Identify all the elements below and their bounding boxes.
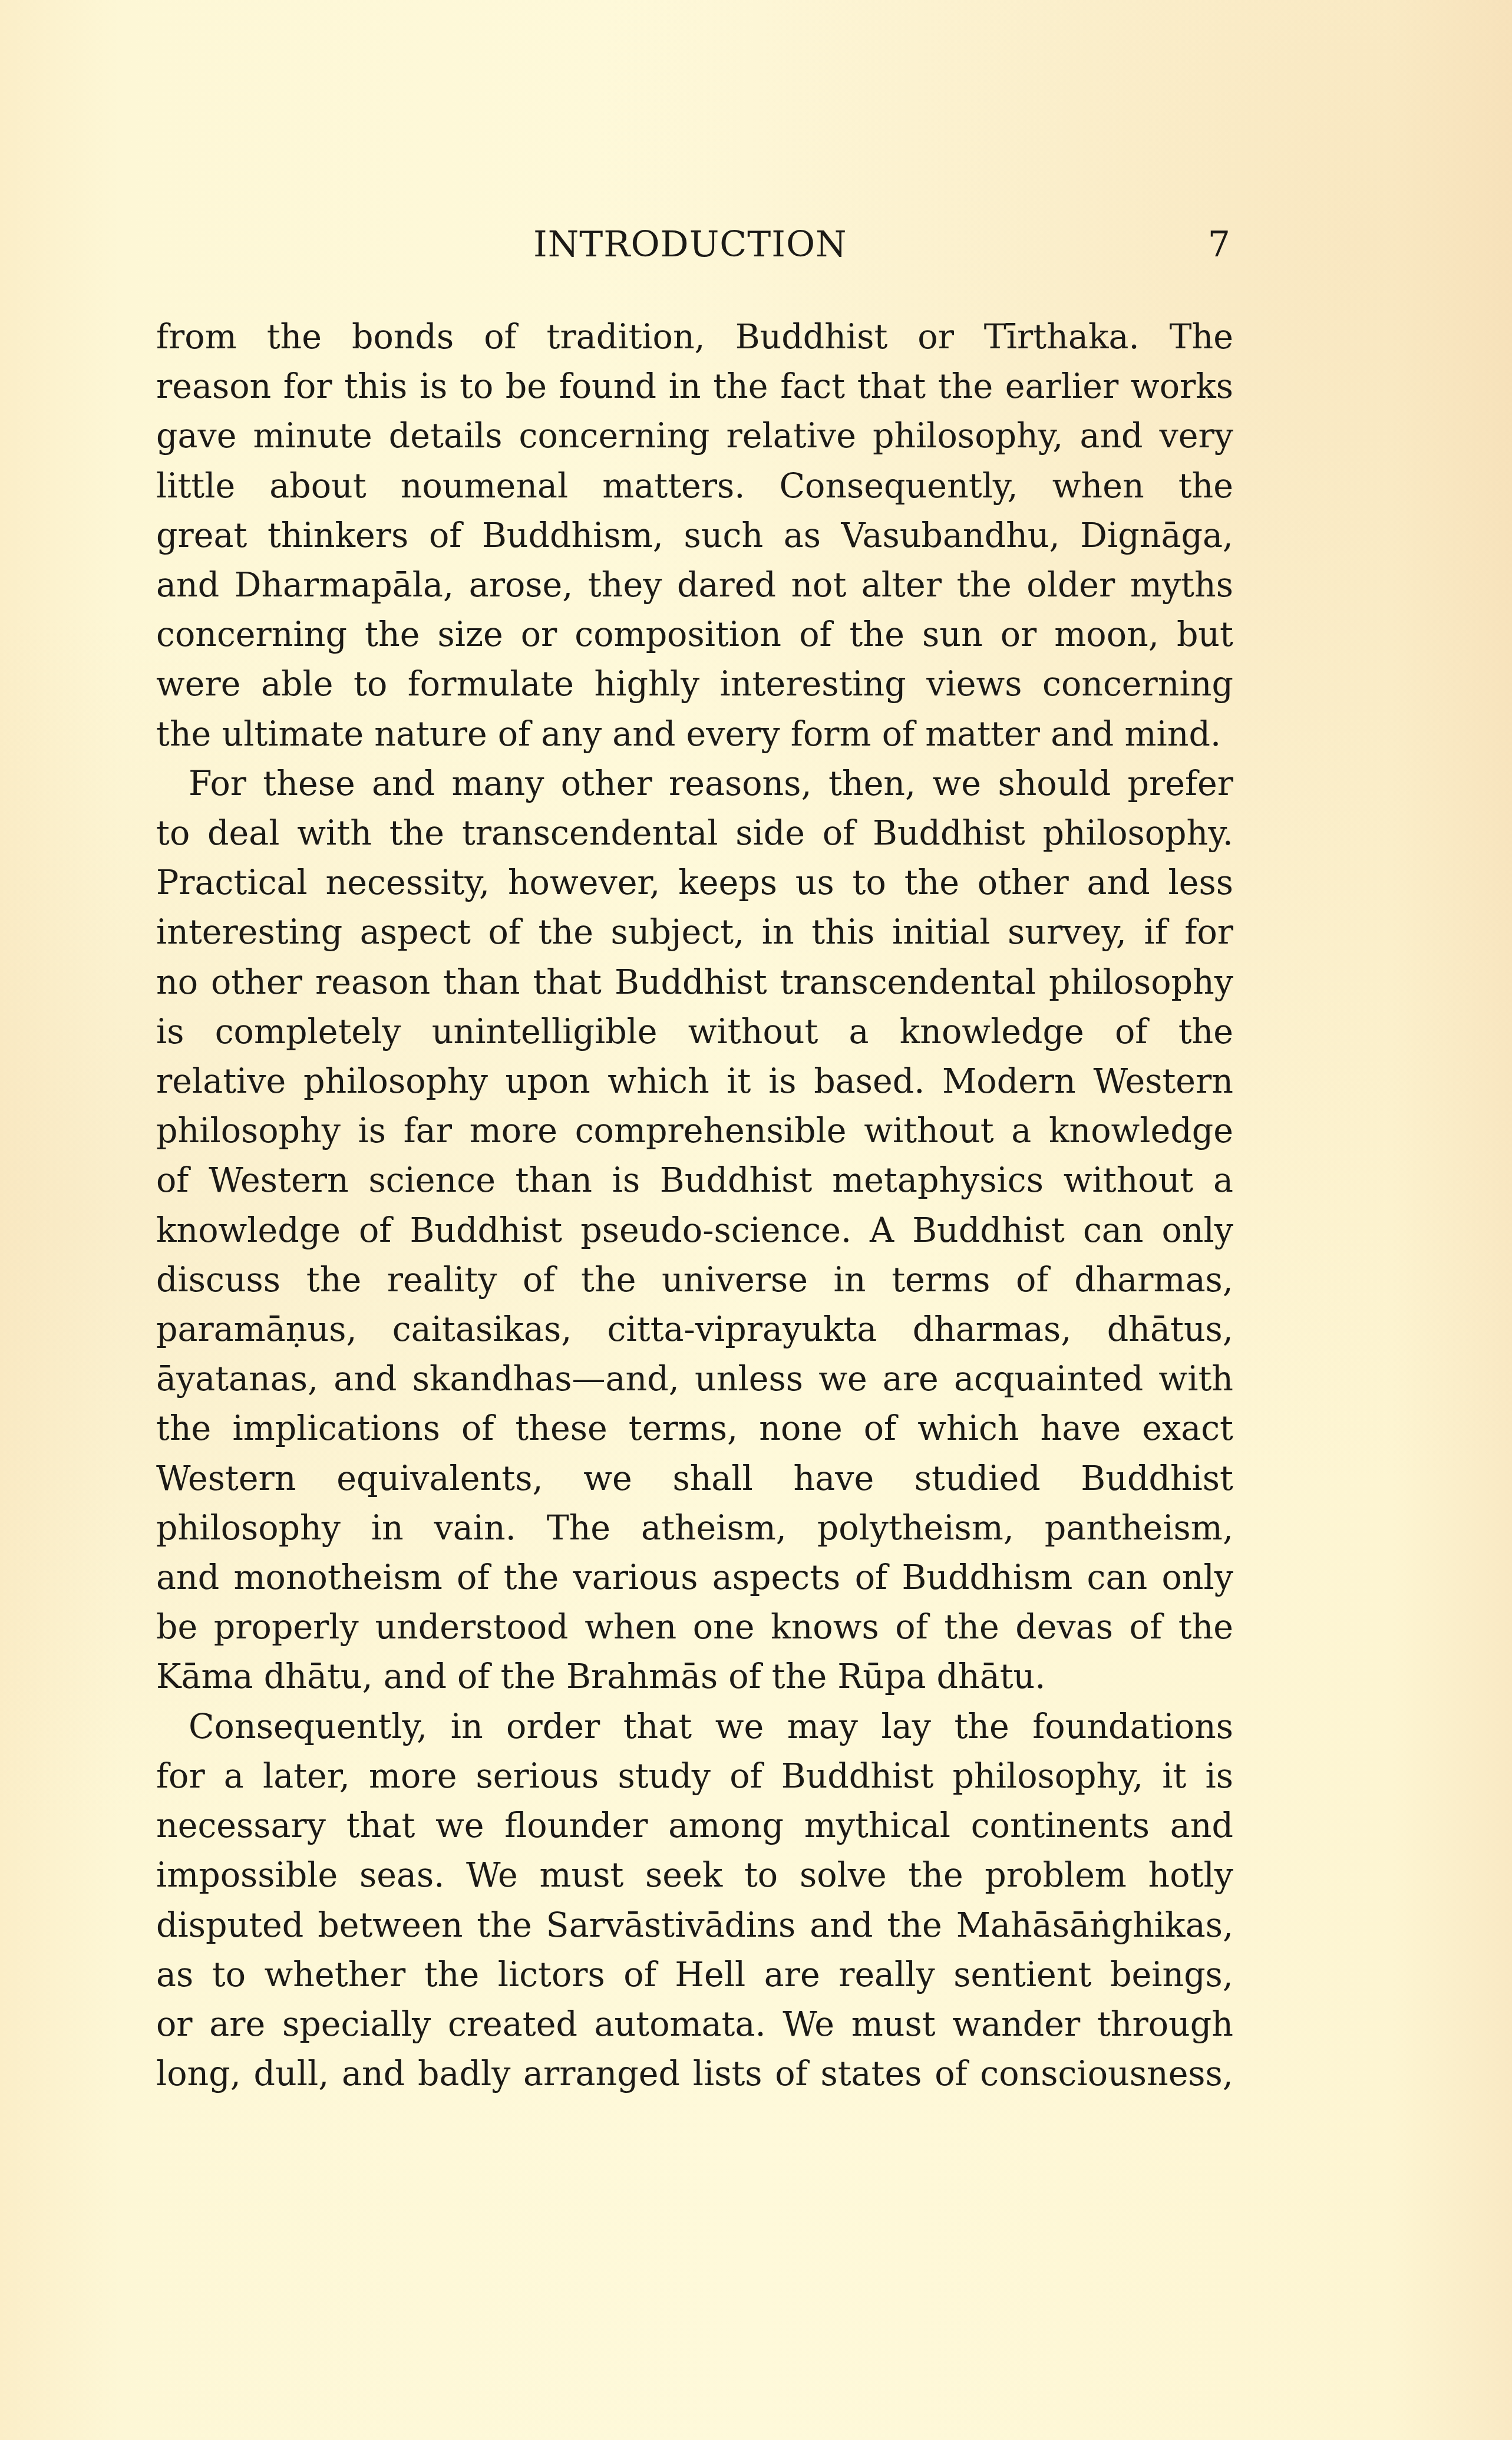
text-line: is completely unintelligible without a k… bbox=[156, 1007, 1233, 1057]
text-line: or are specially created automata. We mu… bbox=[156, 2000, 1233, 2049]
text-line: knowledge of Buddhist pseudo-science. A … bbox=[156, 1206, 1233, 1255]
text-line: of Western science than is Buddhist meta… bbox=[156, 1156, 1233, 1205]
text-line: concerning the size or composition of th… bbox=[156, 610, 1233, 660]
text-line: the ultimate nature of any and every for… bbox=[156, 710, 1233, 759]
text-line: to deal with the transcendental side of … bbox=[156, 809, 1233, 858]
text-line: were able to formulate highly interestin… bbox=[156, 660, 1233, 709]
paragraph-3: Consequently, in order that we may lay t… bbox=[156, 1702, 1233, 2099]
text-line: Consequently, in order that we may lay t… bbox=[156, 1702, 1233, 1752]
text-line: discuss the reality of the universe in t… bbox=[156, 1255, 1233, 1305]
text-line: necessary that we flounder among mythica… bbox=[156, 1801, 1233, 1851]
text-line: great thinkers of Buddhism, such as Vasu… bbox=[156, 511, 1233, 560]
text-line: interesting aspect of the subject, in th… bbox=[156, 908, 1233, 957]
text-line: disputed between the Sarvāstivādins and … bbox=[156, 1901, 1233, 1950]
text-line: Practical necessity, however, keeps us t… bbox=[156, 858, 1233, 908]
text-line: philosophy is far more comprehensible wi… bbox=[156, 1106, 1233, 1156]
text-line: long, dull, and badly arranged lists of … bbox=[156, 2049, 1233, 2099]
body-text: from the bonds of tradition, Buddhist or… bbox=[156, 312, 1233, 2099]
text-line: gave minute details concerning relative … bbox=[156, 411, 1233, 461]
text-line: and monotheism of the various aspects of… bbox=[156, 1553, 1233, 1603]
text-line: the implications of these terms, none of… bbox=[156, 1404, 1233, 1453]
text-line: no other reason than that Buddhist trans… bbox=[156, 958, 1233, 1007]
text-line: from the bonds of tradition, Buddhist or… bbox=[156, 312, 1233, 362]
text-line: and Dharmapāla, arose, they dared not al… bbox=[156, 560, 1233, 610]
text-line: as to whether the lictors of Hell are re… bbox=[156, 1950, 1233, 2000]
text-line: āyatanas, and skandhas—and, unless we ar… bbox=[156, 1354, 1233, 1404]
text-line: paramāṇus, caitasikas, citta-viprayukta … bbox=[156, 1305, 1233, 1354]
text-line: relative philosophy upon which it is bas… bbox=[156, 1057, 1233, 1106]
text-line: Western equivalents, we shall have studi… bbox=[156, 1454, 1233, 1503]
text-line: impossible seas. We must seek to solve t… bbox=[156, 1851, 1233, 1900]
text-line: philosophy in vain. The atheism, polythe… bbox=[156, 1503, 1233, 1553]
page-number: 7 bbox=[1208, 224, 1230, 265]
text-line: Kāma dhātu, and of the Brahmās of the Rū… bbox=[156, 1652, 1233, 1702]
text-line: little about noumenal matters. Consequen… bbox=[156, 461, 1233, 511]
text-line: be properly understood when one knows of… bbox=[156, 1603, 1233, 1652]
paragraph-2: For these and many other reasons, then, … bbox=[156, 759, 1233, 1702]
text-line: reason for this is to be found in the fa… bbox=[156, 362, 1233, 411]
text-line: For these and many other reasons, then, … bbox=[156, 759, 1233, 809]
book-page: INTRODUCTION 7 from the bonds of traditi… bbox=[156, 224, 1233, 2099]
running-head: INTRODUCTION 7 bbox=[156, 224, 1233, 271]
text-line: for a later, more serious study of Buddh… bbox=[156, 1752, 1233, 1801]
running-title: INTRODUCTION bbox=[533, 224, 847, 265]
paragraph-1: from the bonds of tradition, Buddhist or… bbox=[156, 312, 1233, 759]
